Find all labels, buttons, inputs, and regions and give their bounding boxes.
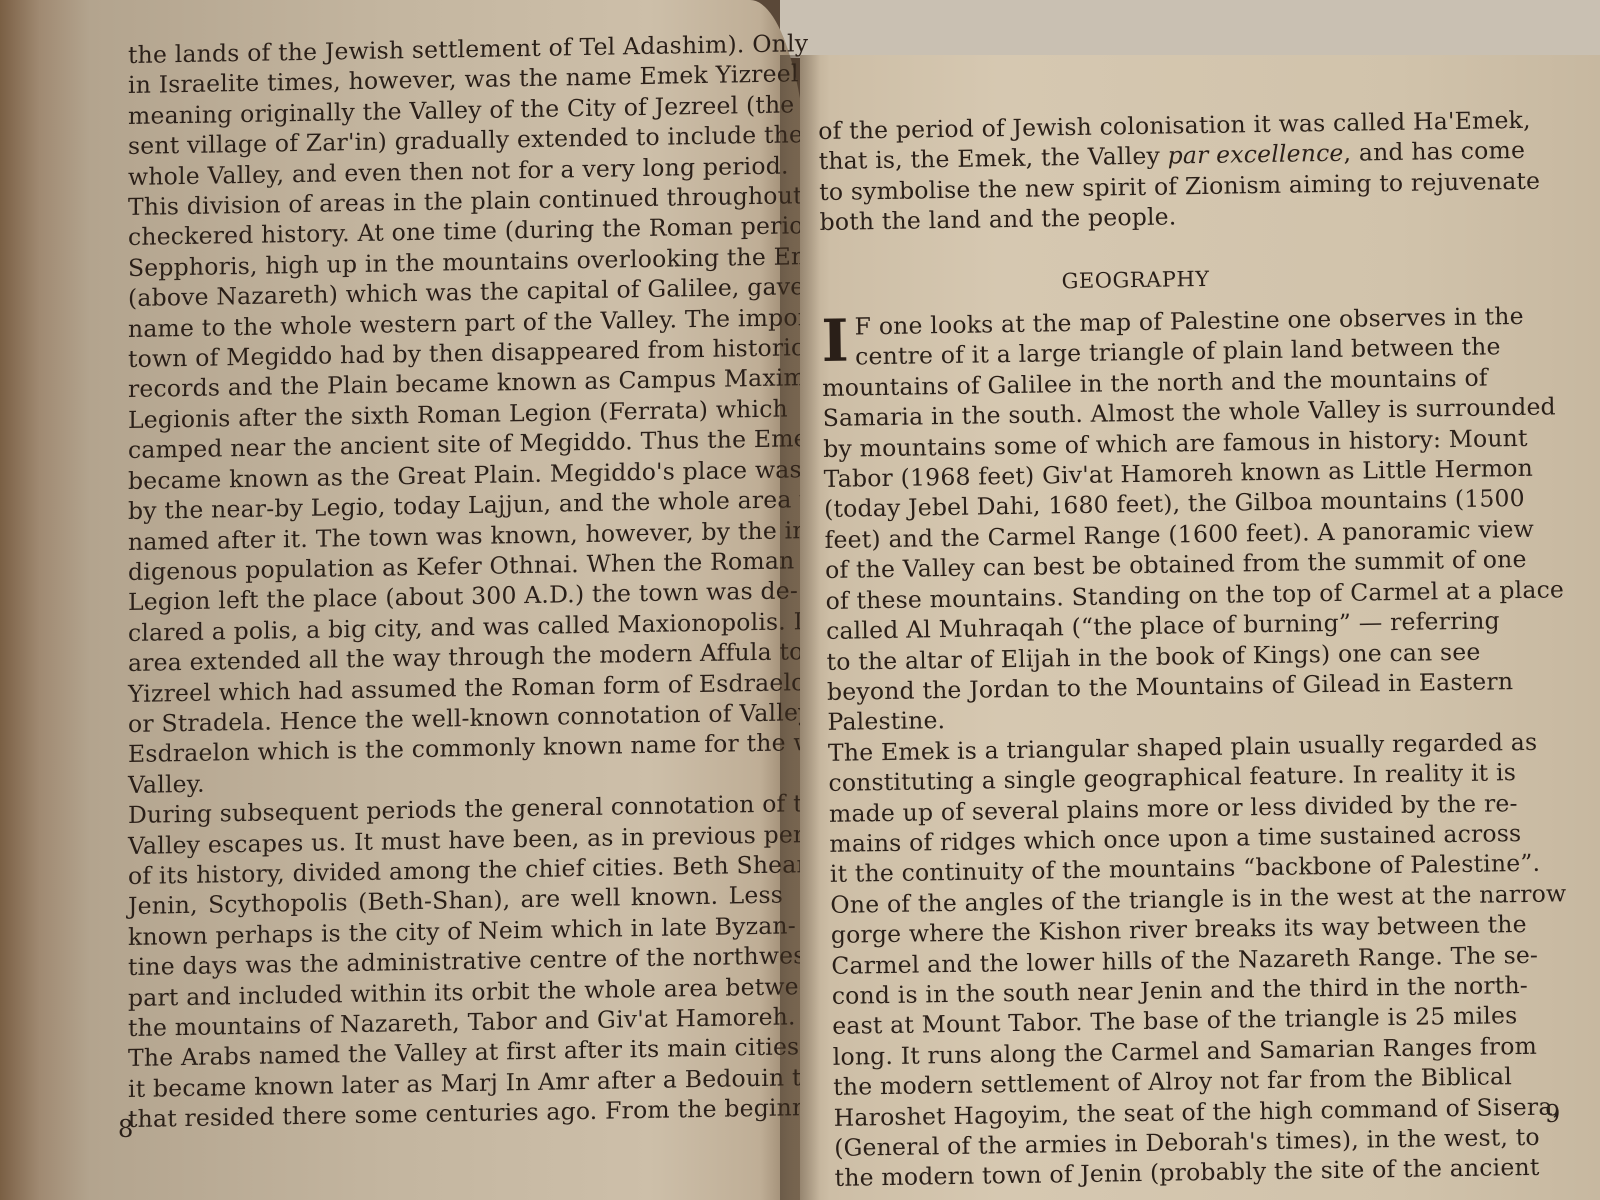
left-page: the lands of the Jewish settlement of Te… — [0, 0, 810, 1200]
drop-cap: I — [821, 316, 849, 366]
text-fragment: , and has come — [1343, 136, 1525, 167]
left-page-text: the lands of the Jewish settlement of Te… — [128, 29, 783, 1135]
text-fragment: that is, the Emek, the Valley — [818, 142, 1167, 175]
page-number-right: 9 — [1545, 1100, 1560, 1128]
right-page-text: of the period of Jewish colonisation it … — [818, 106, 1465, 1194]
open-book: the lands of the Jewish settlement of Te… — [0, 0, 1600, 1200]
page-number-left: 8 — [118, 1115, 133, 1143]
section-heading: GEOGRAPHY — [820, 260, 1450, 300]
italic-phrase: par excellence — [1167, 139, 1343, 170]
right-lines: centre of it a large triangle of plain l… — [822, 333, 1465, 1194]
background-surface — [780, 0, 1600, 58]
